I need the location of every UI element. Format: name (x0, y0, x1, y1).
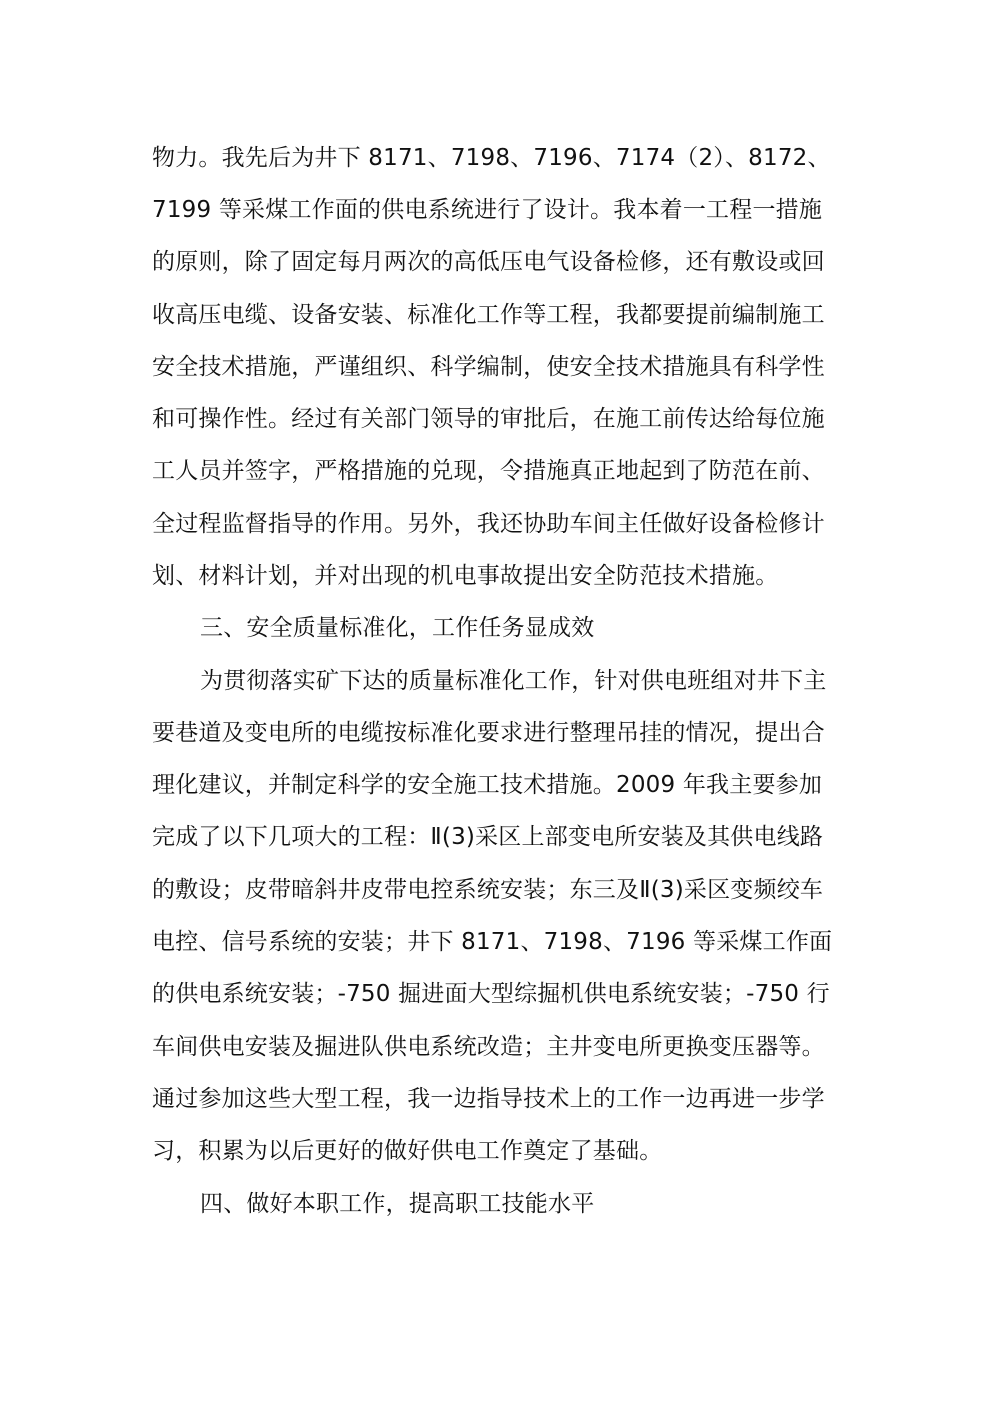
paragraph-line: 要巷道及变电所的电缆按标准化要求进行整理吊挂的情况，提出合 (152, 718, 825, 748)
paragraph-line: 安全技术措施，严谨组织、科学编制，使安全技术措施具有科学性 (152, 352, 825, 382)
paragraph-line: 车间供电安装及掘进队供电系统改造；主井变电所更换变压器等。 (152, 1032, 825, 1062)
paragraph-line: 划、材料计划，并对出现的机电事故提出安全防范技术措施。 (152, 561, 778, 591)
paragraph-line: 全过程监督指导的作用。另外，我还协助车间主任做好设备检修计 (152, 509, 825, 539)
paragraph-line: 工人员并签字，严格措施的兑现，令措施真正地起到了防范在前、 (152, 456, 825, 486)
paragraph-line: 收高压电缆、设备安装、标准化工作等工程，我都要提前编制施工 (152, 300, 825, 330)
document-page: 物力。我先后为井下 8171、7198、7196、7174（2）、8172、 7… (0, 0, 1000, 1415)
section-heading-4: 四、做好本职工作，提高职工技能水平 (200, 1189, 594, 1219)
paragraph-line: 习，积累为以后更好的做好供电工作奠定了基础。 (152, 1136, 662, 1166)
paragraph-line: 和可操作性。经过有关部门领导的审批后，在施工前传达给每位施 (152, 404, 825, 434)
paragraph-line: 理化建议，并制定科学的安全施工技术措施。2009 年我主要参加 (152, 770, 822, 800)
paragraph-line: 的供电系统安装；-750 掘进面大型综掘机供电系统安装；-750 行 (152, 979, 830, 1009)
paragraph-line: 的原则，除了固定每月两次的高低压电气设备检修，还有敷设或回 (152, 247, 825, 277)
paragraph-line: 7199 等采煤工作面的供电系统进行了设计。我本着一工程一措施 (152, 195, 822, 225)
paragraph-line: 通过参加这些大型工程，我一边指导技术上的工作一边再进一步学 (152, 1084, 825, 1114)
paragraph-line: 物力。我先后为井下 8171、7198、7196、7174（2）、8172、 (152, 143, 831, 173)
section-heading-3: 三、安全质量标准化，工作任务显成效 (200, 613, 594, 643)
paragraph-line: 为贯彻落实矿下达的质量标准化工作，针对供电班组对井下主 (200, 666, 826, 696)
paragraph-line: 的敷设；皮带暗斜井皮带电控系统安装；东三及Ⅱ(3)采区变频绞车 (152, 875, 823, 905)
paragraph-line: 完成了以下几项大的工程：Ⅱ(3)采区上部变电所安装及其供电线路 (152, 822, 823, 852)
paragraph-line: 电控、信号系统的安装；井下 8171、7198、7196 等采煤工作面 (152, 927, 832, 957)
